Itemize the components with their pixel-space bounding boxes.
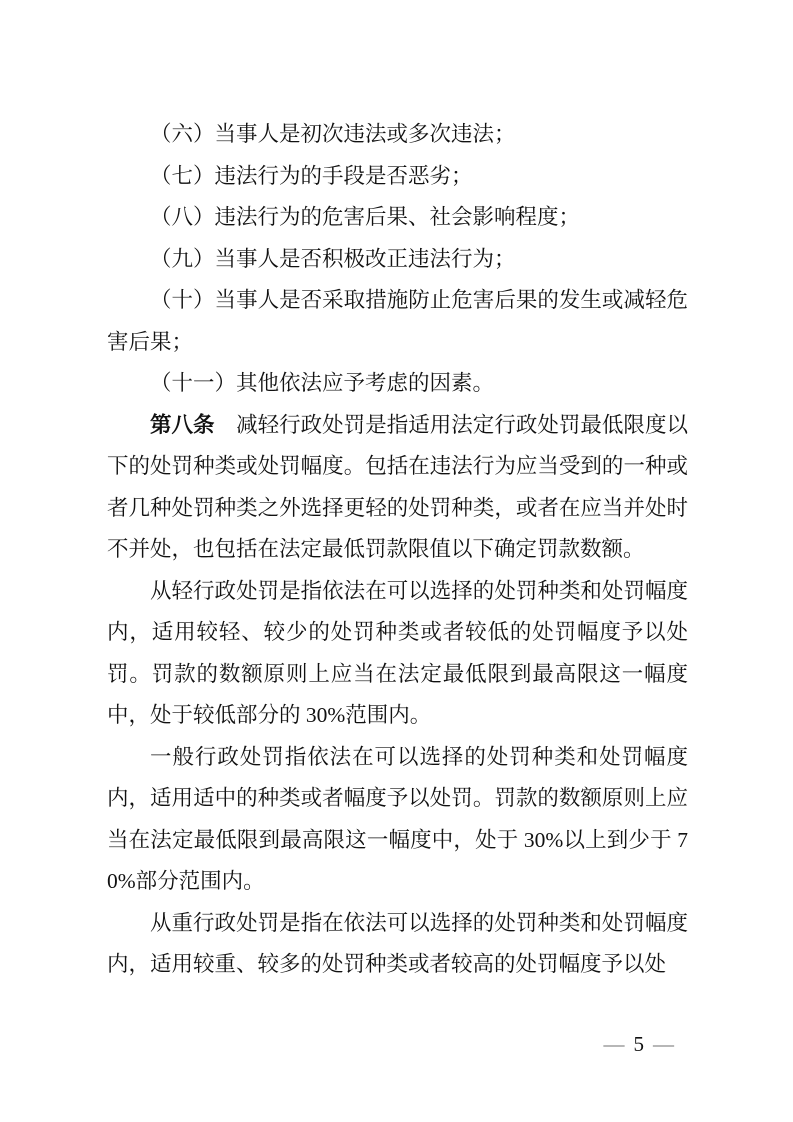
document-body: （六）当事人是初次违法或多次违法；（七）违法行为的手段是否恶劣；（八）违法行为的… <box>107 114 688 986</box>
footer-dash-left: — <box>595 1032 634 1056</box>
article-label: 第八条 <box>150 413 215 437</box>
page-number: 5 <box>634 1032 645 1056</box>
list-item: （六）当事人是初次违法或多次违法； <box>107 114 688 156</box>
body-paragraph: 从重行政处罚是指在依法可以选择的处罚种类和处罚幅度内，适用较重、较多的处罚种类或… <box>107 903 688 986</box>
footer-dash-right: — <box>644 1032 683 1056</box>
list-item: （十）当事人是否采取措施防止危害后果的发生或减轻危害后果； <box>107 280 688 363</box>
list-item: （七）违法行为的手段是否恶劣； <box>107 156 688 198</box>
body-paragraph: 从轻行政处罚是指依法在可以选择的处罚种类和处罚幅度内，适用较轻、较少的处罚种类或… <box>107 571 688 737</box>
article-paragraph: 第八条 减轻行政处罚是指适用法定行政处罚最低限度以下的处罚种类或处罚幅度。包括在… <box>107 405 688 571</box>
body-paragraph: 一般行政处罚指依法在可以选择的处罚种类和处罚幅度内，适用适中的种类或者幅度予以处… <box>107 737 688 903</box>
list-item: （八）违法行为的危害后果、社会影响程度； <box>107 197 688 239</box>
document-page: （六）当事人是初次违法或多次违法；（七）违法行为的手段是否恶劣；（八）违法行为的… <box>0 0 793 1122</box>
list-item: （九）当事人是否积极改正违法行为； <box>107 239 688 281</box>
list-item: （十一）其他依法应予考虑的因素。 <box>107 363 688 405</box>
page-footer: —5— <box>595 1032 684 1056</box>
